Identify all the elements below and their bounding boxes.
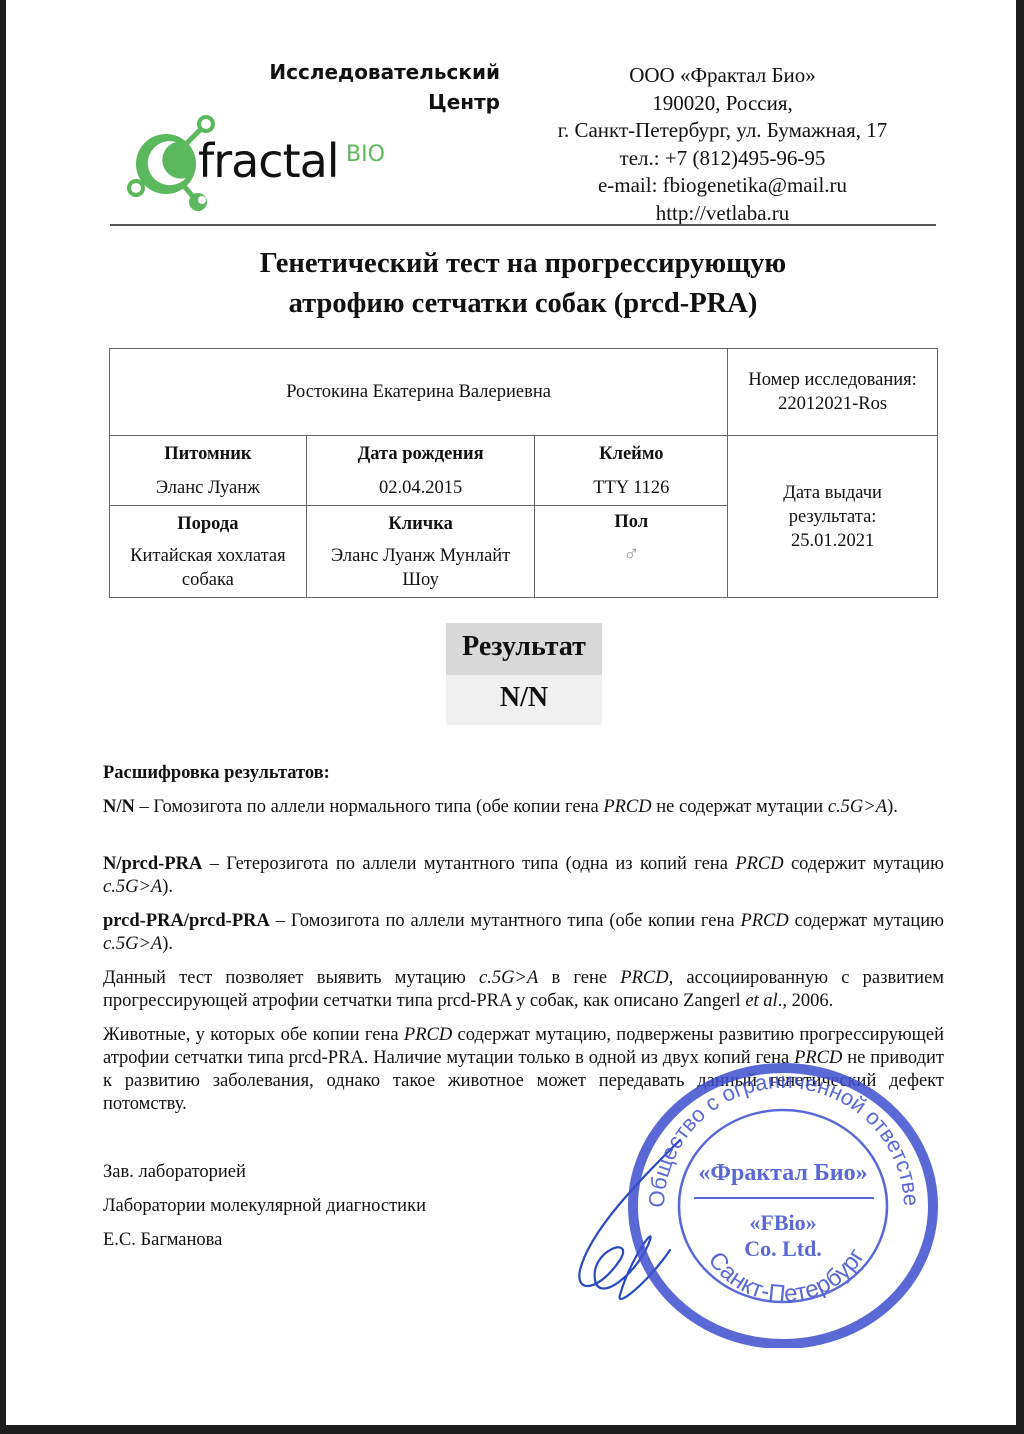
title-line1: Генетический тест на прогрессирующую: [150, 244, 896, 284]
hom-code: prcd-PRA/prcd-PRA: [103, 911, 270, 931]
het-gene: PRCD: [735, 854, 783, 874]
hom-mutation: c.5G>A: [103, 934, 162, 954]
birth-date-label: Дата рождения: [311, 442, 531, 466]
nn-mutation: c.5G>A: [828, 797, 887, 817]
title-line2: атрофию сетчатки собак (prcd-PRA): [150, 284, 896, 324]
sex-cell: Пол ♂: [535, 506, 728, 598]
dog-name-label: Кличка: [311, 512, 531, 536]
header-divider: [110, 224, 936, 226]
nn-text2: не содержат мутации: [652, 797, 828, 817]
logo-bio-suffix: BIO: [346, 142, 385, 167]
brand-label: Клеймо: [539, 442, 723, 466]
interpretation-homozygote-mutant: prcd-PRA/prcd-PRA – Гомозигота по аллели…: [103, 910, 944, 956]
stamp-company-ru: «Фрактал Био»: [698, 1160, 867, 1186]
issue-date-cell: Дата выдачи результата: 25.01.2021: [728, 436, 938, 598]
test-description-paragraph: Данный тест позволяет выявить мутацию c.…: [103, 967, 944, 1013]
issue-date-label-1: Дата выдачи: [732, 481, 933, 505]
het-end: ).: [162, 877, 173, 897]
company-postal: 190020, Россия,: [520, 90, 925, 118]
nn-gene: PRCD: [603, 797, 651, 817]
stamp-company-en: «FBio»: [749, 1210, 816, 1235]
stamp-company-ltd: Co. Ltd.: [744, 1236, 822, 1261]
kennel-cell: Питомник Эланс Луанж: [110, 436, 307, 506]
nn-code: N/N: [103, 797, 135, 817]
nn-text: – Гомозигота по аллели нормального типа …: [135, 797, 603, 817]
hom-gene: PRCD: [740, 911, 788, 931]
het-mutation: c.5G>A: [103, 877, 162, 897]
breed-cell: Порода Китайская хохлатая собака: [110, 506, 307, 598]
p1-a: Данный тест позволяет выявить мутацию: [103, 968, 479, 988]
het-text2: содержит мутацию: [784, 854, 944, 874]
company-email[interactable]: e-mail: fbiogenetika@mail.ru: [520, 172, 925, 200]
owner-name: Ростокина Екатерина Валериевна: [110, 349, 728, 436]
company-name: ООО «Фрактал Био»: [520, 62, 925, 90]
stamp-icon: Общество с ограниченной ответственностью…: [624, 1058, 942, 1348]
brand-cell: Клеймо TTY 1126: [535, 436, 728, 506]
p1-b: в гене: [538, 968, 620, 988]
result-box: Результат N/N: [446, 623, 602, 725]
signature-name: Е.С. Багманова: [103, 1229, 222, 1252]
breed-value-line2: собака: [114, 568, 302, 592]
result-label: Результат: [446, 623, 602, 675]
breed-value-line1: Китайская хохлатая: [114, 544, 302, 568]
breed-label: Порода: [114, 512, 302, 536]
sex-label: Пол: [539, 510, 723, 534]
company-stamp: Общество с ограниченной ответственностью…: [624, 1058, 942, 1348]
interpretation-nn: N/N – Гомозигота по аллели нормального т…: [103, 796, 944, 819]
patient-info-table: Ростокина Екатерина Валериевна Номер исс…: [109, 348, 938, 598]
interpretation-heterozygote: N/prcd-PRA – Гетерозигота по аллели мута…: [103, 853, 944, 899]
study-number: 22012021-Ros: [732, 392, 933, 416]
signature-lab: Лаборатории молекулярной диагностики: [103, 1195, 426, 1218]
hom-text2: содержат мутацию: [789, 911, 944, 931]
company-website[interactable]: http://vetlaba.ru: [520, 200, 925, 228]
study-number-cell: Номер исследования: 22012021-Ros: [728, 349, 938, 436]
male-symbol-icon: ♂: [539, 542, 723, 566]
dog-name-cell: Кличка Эланс Луанж Мунлайт Шоу: [306, 506, 535, 598]
company-address-block: ООО «Фрактал Био» 190020, Россия, г. Сан…: [520, 62, 925, 227]
birth-date-value: 02.04.2015: [311, 476, 531, 500]
hom-end: ).: [162, 934, 173, 954]
p1-mutation: c.5G>A: [479, 968, 538, 988]
birth-date-cell: Дата рождения 02.04.2015: [306, 436, 535, 506]
issue-date-label-2: результата:: [732, 505, 933, 529]
interpretation-heading: Расшифровка результатов:: [103, 762, 944, 785]
company-street: г. Санкт-Петербург, ул. Бумажная, 17: [520, 117, 925, 145]
kennel-label: Питомник: [114, 442, 302, 466]
hom-text: – Гомозигота по аллели мутантного типа (…: [270, 911, 741, 931]
nn-end: ).: [887, 797, 898, 817]
dog-name-line2: Шоу: [311, 568, 531, 592]
issue-date-value: 25.01.2021: [732, 529, 933, 553]
brand-value: TTY 1126: [539, 476, 723, 500]
result-value: N/N: [446, 675, 602, 725]
dog-name-line1: Эланс Луанж Мунлайт: [311, 544, 531, 568]
center-label-line1: Исследовательский: [240, 60, 500, 84]
fractal-bio-logo: fractal BIO: [124, 112, 394, 216]
company-phone: тел.: +7 (812)495-96-95: [520, 145, 925, 173]
p2-gene: PRCD: [404, 1025, 452, 1045]
signature-title: Зав. лабораторией: [103, 1161, 246, 1184]
study-number-label: Номер исследования:: [732, 368, 933, 392]
kennel-value: Эланс Луанж: [114, 476, 302, 500]
het-code: N/prcd-PRA: [103, 854, 202, 874]
p1-gene: PRCD: [620, 968, 668, 988]
p2-a: Животные, у которых обе копии гена: [103, 1025, 404, 1045]
center-label-line2: Центр: [240, 90, 500, 114]
p1-d: ., 2006.: [778, 991, 834, 1011]
het-text: – Гетерозигота по аллели мутантного типа…: [202, 854, 735, 874]
logo-wordmark: fractal: [198, 134, 339, 188]
p1-etal: et al: [745, 991, 777, 1011]
document-title: Генетический тест на прогрессирующую атр…: [150, 244, 896, 324]
research-center-label: Исследовательский Центр: [240, 60, 500, 114]
